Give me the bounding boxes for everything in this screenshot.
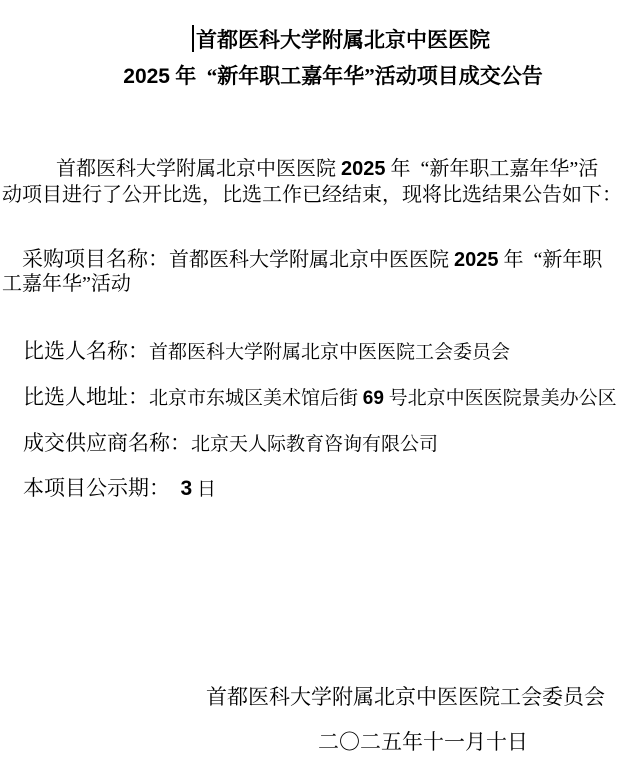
bidder-address-value: 北京市东城区美术馆后街 bbox=[149, 388, 363, 409]
bidder-address-label: 比选人地址： bbox=[23, 385, 149, 409]
footer-organization: 首都医科大学附属北京中医医院工会委员会 bbox=[206, 687, 605, 708]
intro-paragraph-line2: 动项目进行了公开比选，比选工作已经结束，现将比选结果公告如下： bbox=[2, 185, 623, 205]
intro-text: 首都医科大学附属北京中医医院 bbox=[56, 158, 341, 180]
bidder-name-label: 比选人名称： bbox=[23, 339, 149, 363]
bidder-address-value-cont: 号北京中医医院景美办公区 bbox=[384, 388, 617, 409]
project-name-line2: 工嘉年华”活动 bbox=[2, 274, 623, 294]
publicity-period-days: 3 bbox=[181, 477, 193, 500]
supplier-name-label: 成交供应商名称： bbox=[23, 431, 191, 455]
publicity-period-label: 本项目公示期： bbox=[23, 476, 160, 500]
project-name-text: 首都医科大学附属北京中医医院 bbox=[169, 249, 454, 271]
publicity-gap bbox=[160, 476, 181, 500]
intro-year: 2025 bbox=[341, 158, 386, 180]
project-name-text-cont: 年 “新年职 bbox=[499, 249, 603, 271]
supplier-name-value: 北京天人际教育咨询有限公司 bbox=[191, 434, 438, 455]
bidder-address-number: 69 bbox=[363, 388, 384, 409]
publicity-period-line: 本项目公示期： 3 日 bbox=[2, 457, 623, 520]
intro-text-cont: 年 “新年职工嘉年华”活 bbox=[386, 158, 599, 180]
footer-date: 二〇二五年十一月十日 bbox=[318, 732, 528, 753]
subtitle-year: 2025 bbox=[123, 65, 170, 88]
publicity-period-unit: 日 bbox=[192, 479, 216, 500]
project-name-label: 采购项目名称： bbox=[22, 247, 169, 271]
bidder-name-value: 首都医科大学附属北京中医医院工会委员会 bbox=[149, 342, 510, 363]
project-year: 2025 bbox=[454, 249, 499, 271]
announcement-document: 首都医科大学附属北京中医医院 2025 年 “新年职工嘉年华”活动项目成交公告 … bbox=[0, 0, 625, 762]
subtitle-text: 年 “新年职工嘉年华”活动项目成交公告 bbox=[170, 64, 543, 88]
doc-subtitle: 2025 年 “新年职工嘉年华”活动项目成交公告 bbox=[0, 45, 625, 108]
